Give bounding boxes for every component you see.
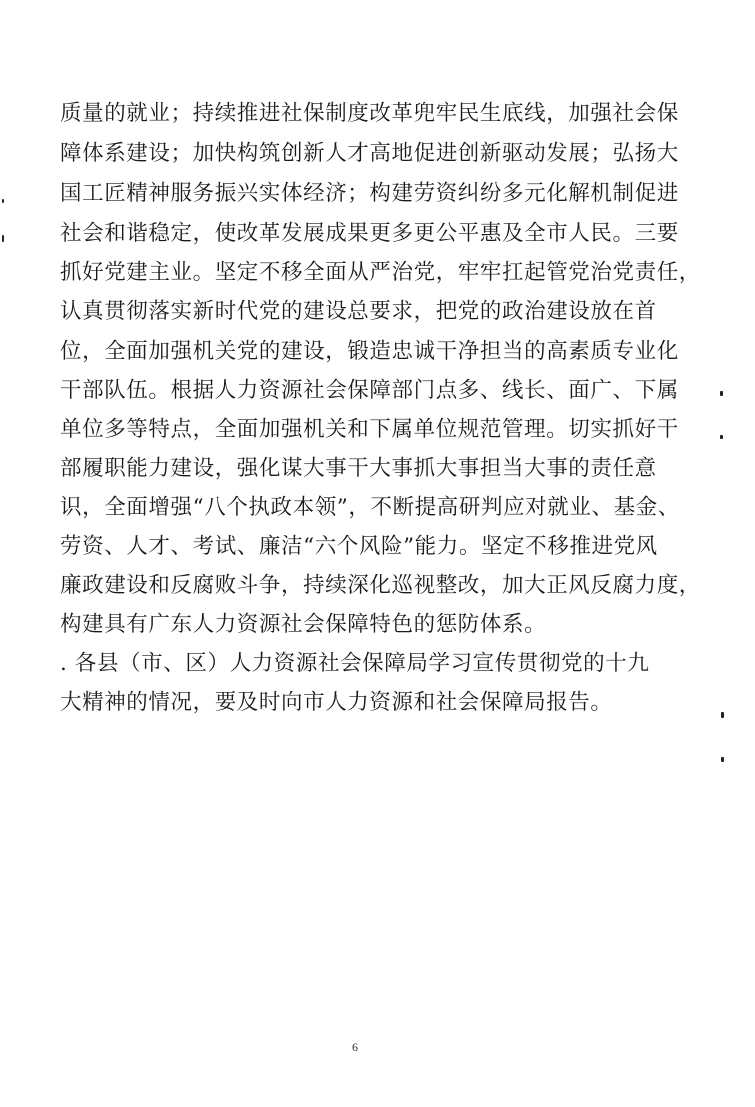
text-line: 单位多等特点，全面加强机关和下属单位规范管理。切实抓好干 <box>60 416 700 444</box>
text-line: 部履职能力建设，强化谋大事干大事抓大事担当大事的责任意 <box>60 455 700 483</box>
scan-mark <box>2 199 4 203</box>
text-line: 劳资、人才、考试、廉洁“六个风险”能力。坚定不移推进党风 <box>60 533 700 561</box>
text-line: 位，全面加强机关党的建设，锻造忠诚干净担当的高素质专业化 <box>60 338 700 366</box>
text-line: 社会和谐稳定，使改革发展成果更多更公平惠及全市人民。三要 <box>60 220 700 248</box>
text-line: 大精神的情况，要及时向市人力资源和社会保障局报告。 <box>60 689 700 717</box>
scan-mark <box>721 712 724 718</box>
text-line: 质量的就业；持续推进社保制度改革兜牢民生底线，加强社会保 <box>60 100 700 128</box>
text-line: 构建具有广东人力资源社会保障特色的惩防体系。 <box>60 611 700 639</box>
scan-mark <box>721 757 724 762</box>
page-number: 6 <box>352 1040 358 1055</box>
scan-mark <box>720 435 723 439</box>
text-line: 障体系建设；加快构筑创新人才高地促进创新驱动发展；弘扬大 <box>60 140 700 168</box>
scan-mark <box>720 391 723 396</box>
text-line: 识，全面增强“八个执政本领”，不断提高研判应对就业、基金、 <box>60 494 700 522</box>
text-line: 廉政建设和反腐败斗争，持续深化巡视整改，加大正风反腐力度， <box>60 572 700 600</box>
text-line: . 各县（市、区）人力资源社会保障局学习宣传贯彻党的十九 <box>60 650 700 678</box>
text-line: 干部队伍。根据人力资源社会保障部门点多、线长、面广、下属 <box>60 377 700 405</box>
text-line: 认真贯彻落实新时代党的建设总要求，把党的政治建设放在首 <box>60 298 700 326</box>
text-line: 国工匠精神服务振兴实体经济；构建劳资纠纷多元化解机制促进 <box>60 180 700 208</box>
document-page: 质量的就业；持续推进社保制度改革兜牢民生底线，加强社会保 障体系建设；加快构筑创… <box>0 0 755 1107</box>
text-line: 抓好党建主业。坚定不移全面从严治党，牢牢扛起管党治党责任， <box>60 259 700 287</box>
scan-mark <box>2 235 4 242</box>
